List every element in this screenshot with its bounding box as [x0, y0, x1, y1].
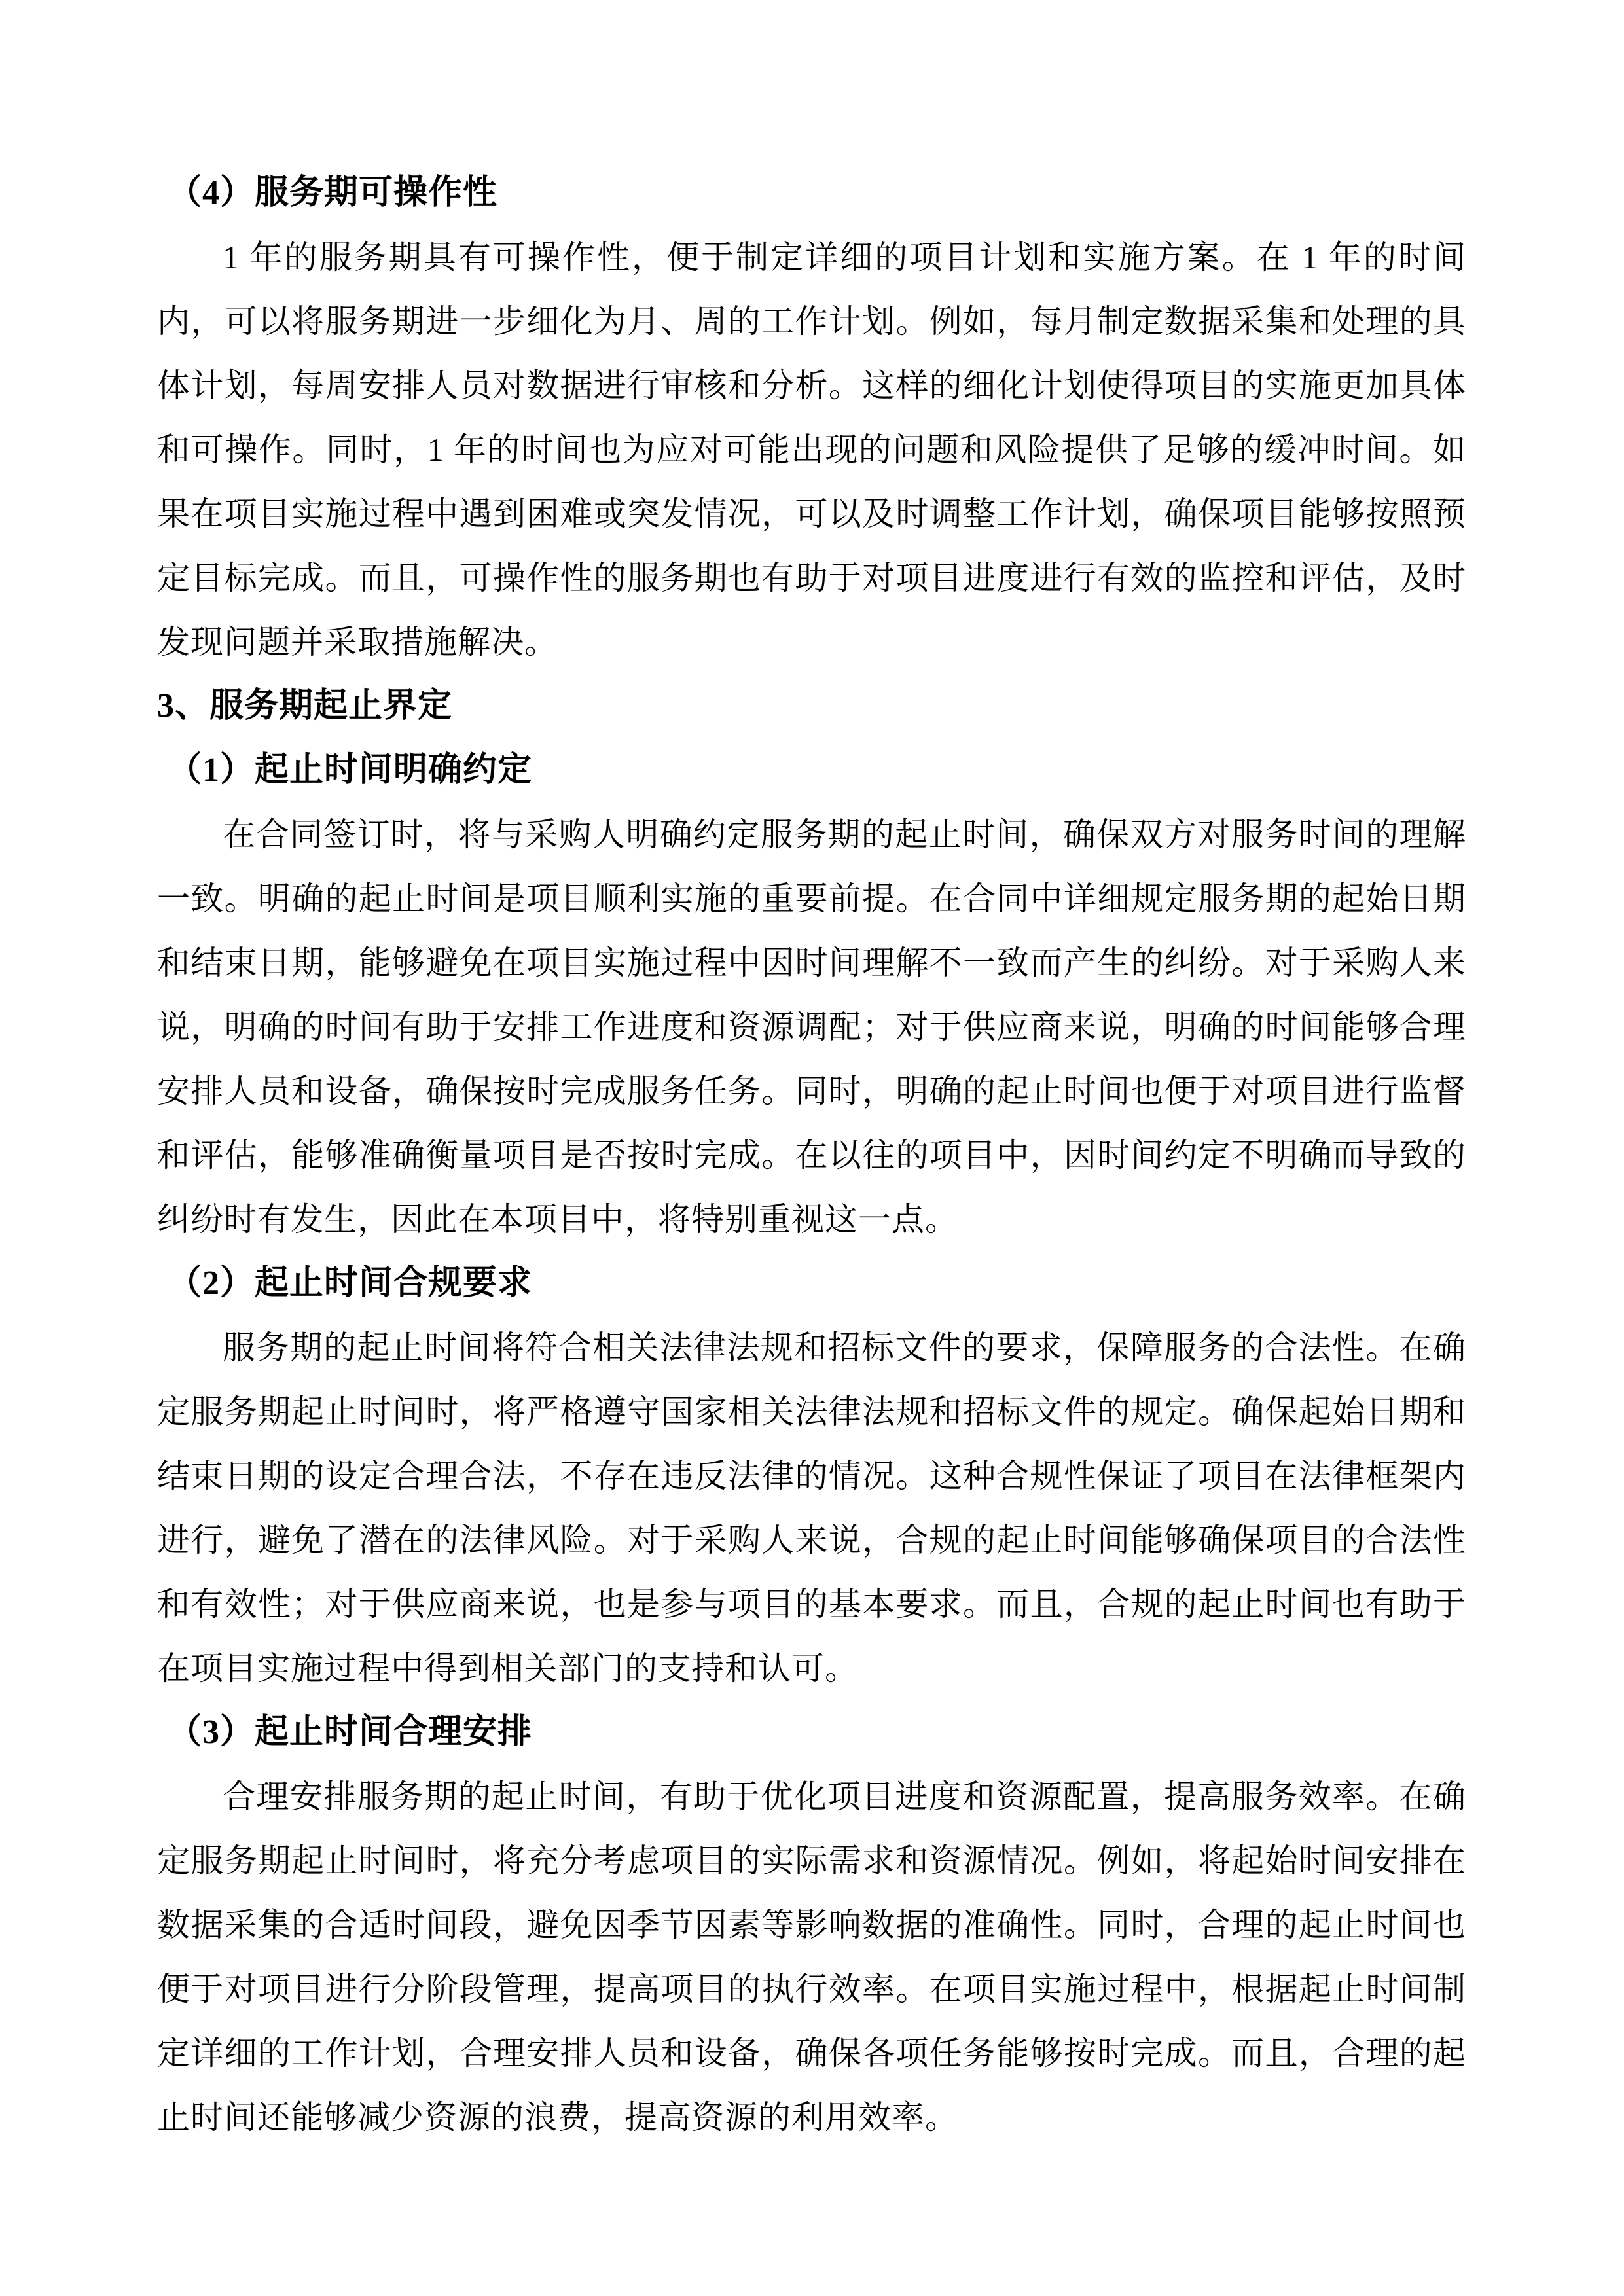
- document-content: （4）服务期可操作性1 年的服务期具有可操作性，便于制定详细的项目计划和实施方案…: [0, 0, 1624, 2149]
- section-heading-sub: （3）起止时间合理安排: [157, 1700, 1466, 1765]
- body-paragraph: 在合同签订时，将与采购人明确约定服务期的起止时间，确保双方对服务时间的理解一致。…: [157, 802, 1466, 1251]
- section-heading-main: 3、服务期起止界定: [157, 674, 1466, 738]
- section-heading-sub: （4）服务期可操作性: [157, 161, 1466, 225]
- section-heading-sub: （1）起止时间明确约定: [157, 738, 1466, 802]
- body-paragraph: 服务期的起止时间将符合相关法律法规和招标文件的要求，保障服务的合法性。在确定服务…: [157, 1316, 1466, 1700]
- body-paragraph: 1 年的服务期具有可操作性，便于制定详细的项目计划和实施方案。在 1 年的时间内…: [157, 225, 1466, 674]
- body-paragraph: 合理安排服务期的起止时间，有助于优化项目进度和资源配置，提高服务效率。在确定服务…: [157, 1765, 1466, 2149]
- section-heading-sub: （2）起止时间合规要求: [157, 1251, 1466, 1316]
- document-page: （4）服务期可操作性1 年的服务期具有可操作性，便于制定详细的项目计划和实施方案…: [0, 0, 1624, 2296]
